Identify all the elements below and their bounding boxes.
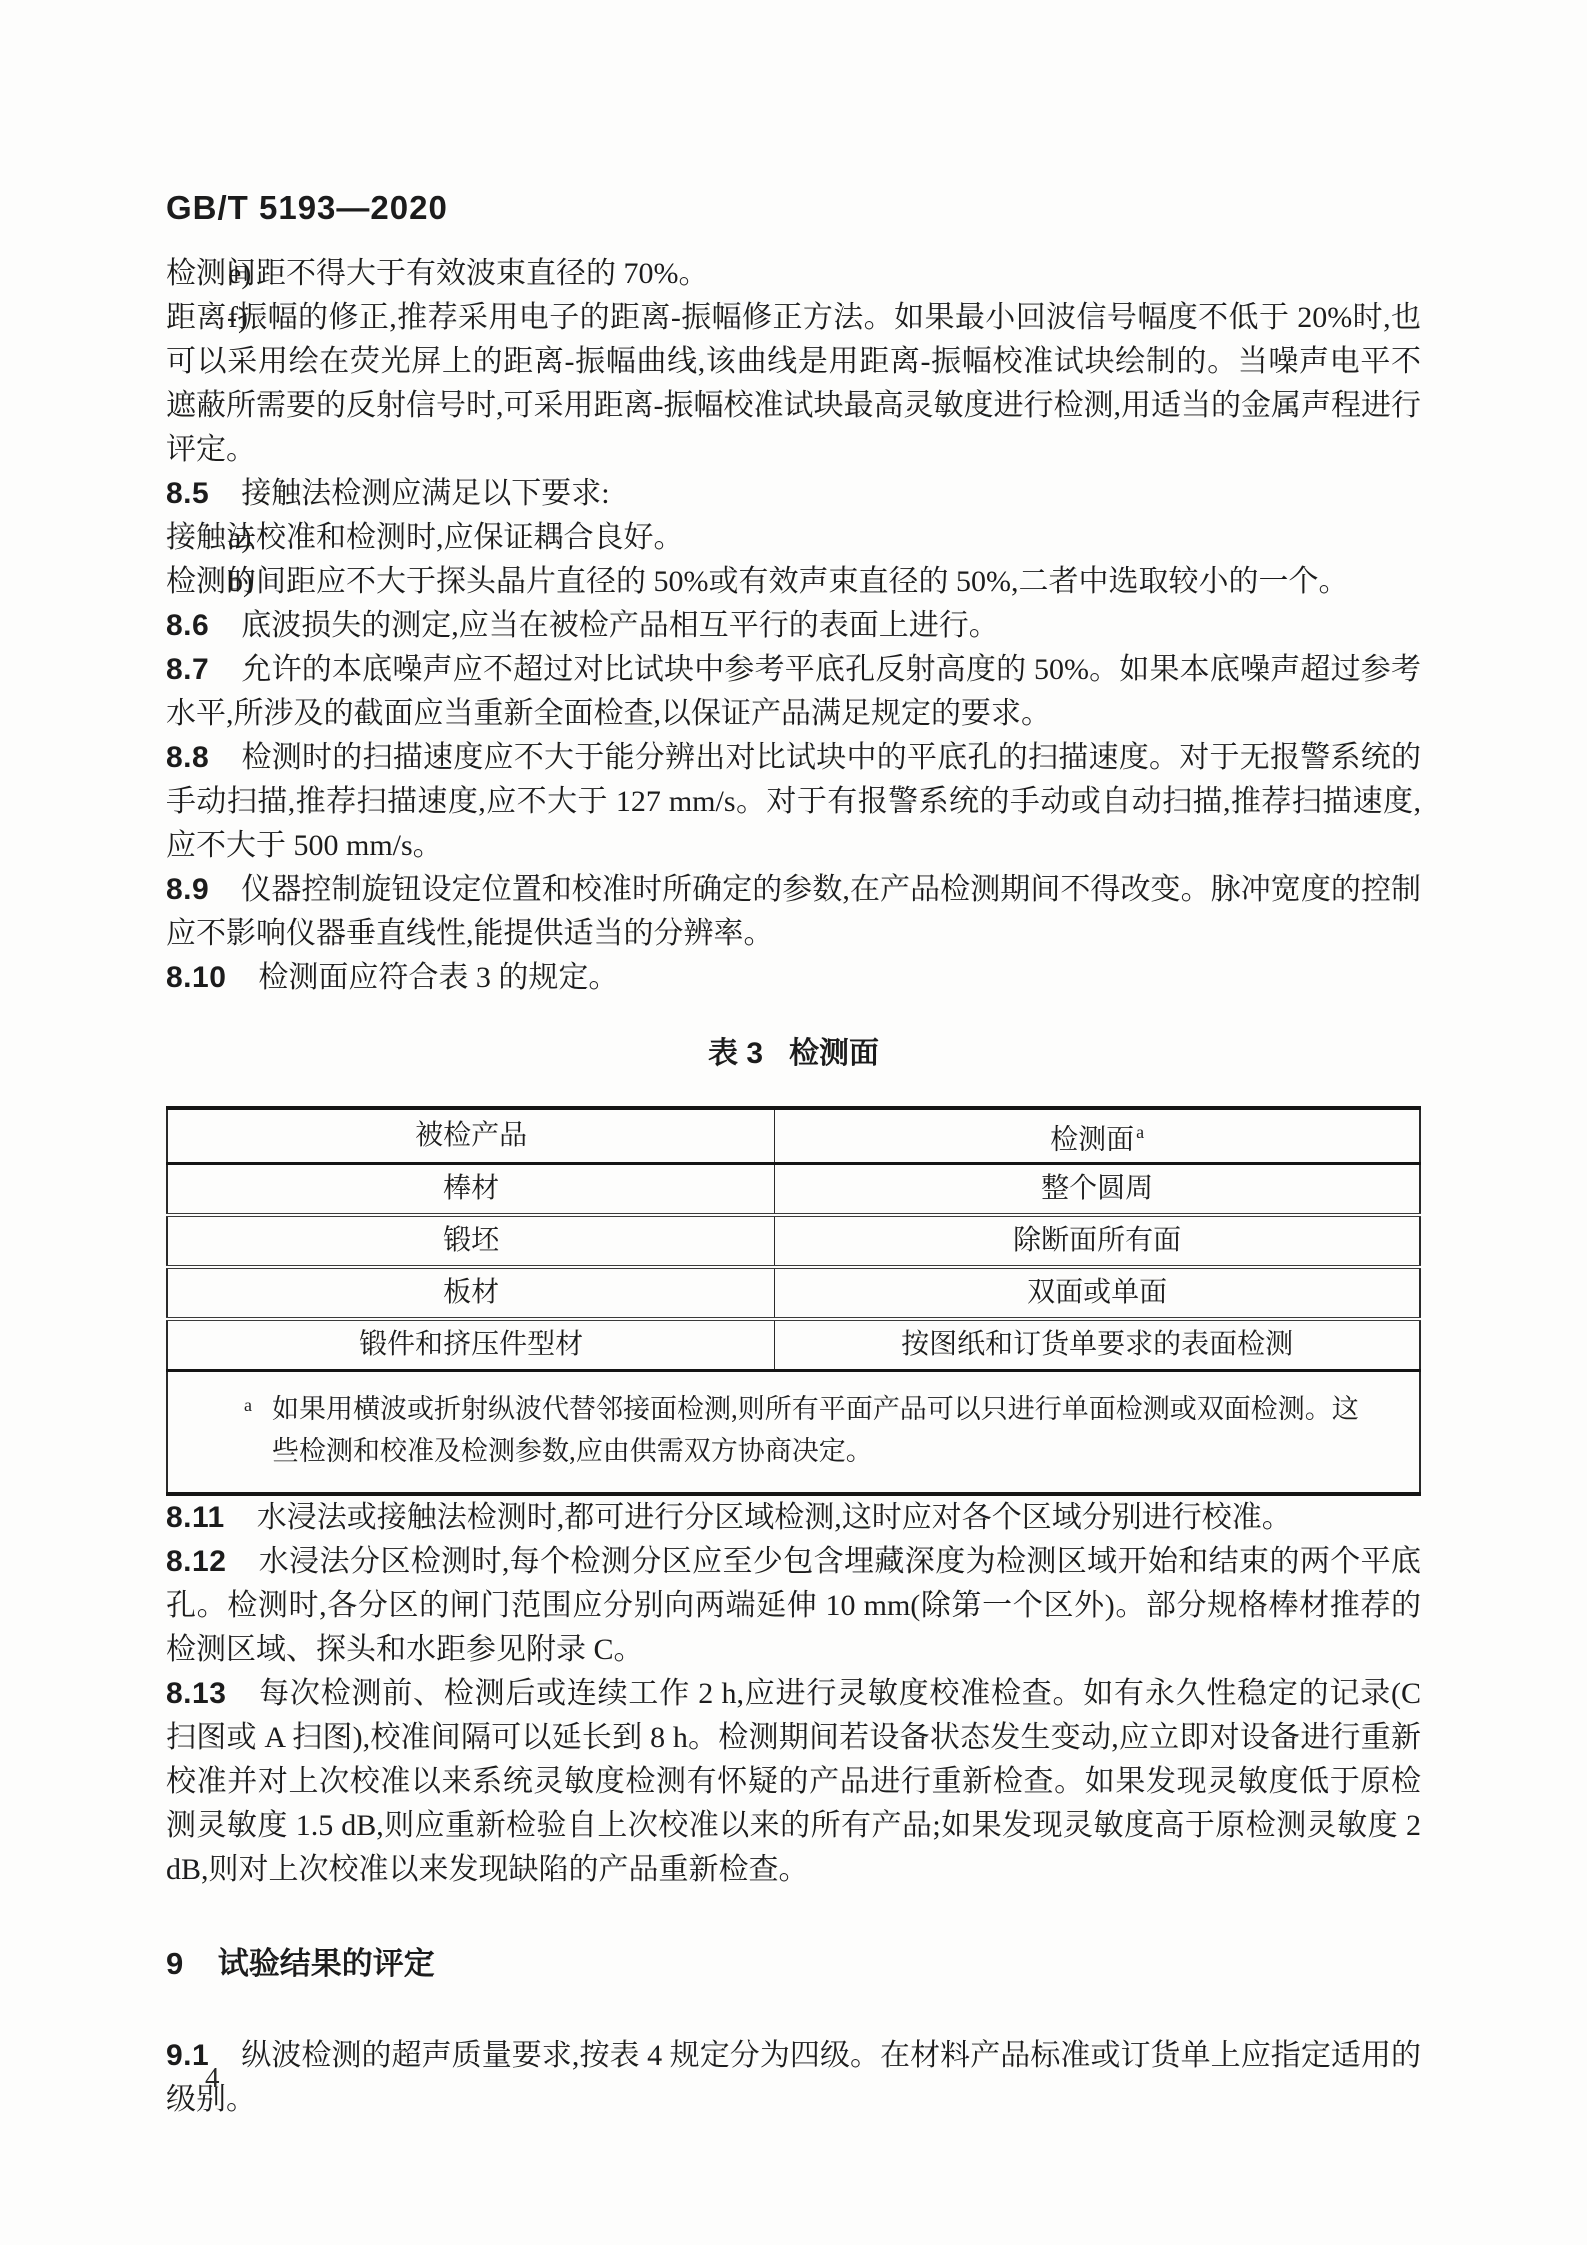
clause-8-7: 8.7允许的本底噪声应不超过对比试块中参考平底孔反射高度的 50%。如果本底噪声… [166, 648, 1421, 736]
clause-number: 8.7 [166, 653, 209, 686]
clause-text: 水浸法分区检测时,每个检测分区应至少包含埋藏深度为检测区域开始和结束的两个平底孔… [166, 1545, 1421, 1666]
section-9-heading: 9试验结果的评定 [166, 1942, 1421, 1986]
table-footnote: a如果用横波或折射纵波代替邻接面检测,则所有平面产品可以只进行单面检测或双面检测… [167, 1371, 1420, 1495]
header-footnote-ref: a [1136, 1122, 1144, 1142]
clause-number: 8.13 [166, 1677, 226, 1710]
clause-number: 9.1 [166, 2039, 209, 2072]
clause-number: 8.11 [166, 1501, 225, 1534]
cell-surface: 整个圆周 [775, 1164, 1420, 1216]
column-header-product: 被检产品 [167, 1108, 775, 1164]
clause-text: 接触法检测应满足以下要求: [241, 477, 609, 510]
clause-8-6: 8.6底波损失的测定,应当在被检产品相互平行的表面上进行。 [166, 604, 1421, 648]
clause-8-13: 8.13每次检测前、检测后或连续工作 2 h,应进行灵敏度校准检查。如有永久性稳… [166, 1672, 1421, 1892]
clause-8-9: 8.9仪器控制旋钮设定位置和校准时所确定的参数,在产品检测期间不得改变。脉冲宽度… [166, 868, 1421, 956]
clause-number: 8.8 [166, 741, 209, 774]
list-text-f: 距离-振幅的修正,推荐采用电子的距离-振幅修正方法。如果最小回波信号幅度不低于 … [166, 301, 1421, 466]
list-marker-e: e) [228, 252, 251, 296]
column-header-surface: 检测面a [775, 1108, 1420, 1164]
cell-product: 锻坯 [167, 1215, 775, 1267]
page-number: 4 [205, 2056, 220, 2100]
cell-surface: 除断面所有面 [775, 1215, 1420, 1267]
table-row: 锻坯 除断面所有面 [167, 1215, 1420, 1267]
cell-surface: 双面或单面 [775, 1267, 1420, 1319]
cell-product: 棒材 [167, 1164, 775, 1216]
footnote-text: 如果用横波或折射纵波代替邻接面检测,则所有平面产品可以只进行单面检测或双面检测。… [272, 1394, 1359, 1466]
clause-number: 8.9 [166, 873, 209, 906]
clause-8-11: 8.11水浸法或接触法检测时,都可进行分区域检测,这时应对各个区域分别进行校准。 [166, 1496, 1421, 1540]
list-marker-a: a) [228, 516, 251, 560]
clause-text: 允许的本底噪声应不超过对比试块中参考平底孔反射高度的 50%。如果本底噪声超过参… [166, 653, 1421, 730]
clause-8-12: 8.12水浸法分区检测时,每个检测分区应至少包含埋藏深度为检测区域开始和结束的两… [166, 1540, 1421, 1672]
clause-text: 仪器控制旋钮设定位置和校准时所确定的参数,在产品检测期间不得改变。脉冲宽度的控制… [166, 873, 1421, 950]
table-row: 板材 双面或单面 [167, 1267, 1420, 1319]
clause-8-10: 8.10检测面应符合表 3 的规定。 [166, 956, 1421, 1000]
clause-9-1: 9.1纵波检测的超声质量要求,按表 4 规定分为四级。在材料产品标准或订货单上应… [166, 2034, 1421, 2122]
table-3-inspection-surfaces: 被检产品 检测面a 棒材 整个圆周 锻坯 除断面所有面 板材 双面或单面 [166, 1106, 1421, 1496]
clause-text: 纵波检测的超声质量要求,按表 4 规定分为四级。在材料产品标准或订货单上应指定适… [166, 2039, 1421, 2116]
clause-text: 每次检测前、检测后或连续工作 2 h,应进行灵敏度校准检查。如有永久性稳定的记录… [166, 1677, 1421, 1886]
clause-8-5: 8.5接触法检测应满足以下要求: [166, 472, 1421, 516]
clause-number: 8.5 [166, 477, 209, 510]
list-item-b: b) 检测的间距应不大于探头晶片直径的 50%或有效声束直径的 50%,二者中选… [166, 560, 1421, 604]
section-number: 9 [166, 1946, 184, 1981]
clause-number: 8.6 [166, 609, 209, 642]
clause-number: 8.12 [166, 1545, 226, 1578]
list-marker-b: b) [228, 560, 253, 604]
footnote-marker: a [244, 1384, 252, 1426]
table-header-row: 被检产品 检测面a [167, 1108, 1420, 1164]
clause-text: 检测面应符合表 3 的规定。 [258, 961, 618, 994]
list-text-b: 检测的间距应不大于探头晶片直径的 50%或有效声束直径的 50%,二者中选取较小… [166, 565, 1348, 598]
cell-product: 锻件和挤压件型材 [167, 1319, 775, 1371]
cell-product: 板材 [167, 1267, 775, 1319]
table-row: 锻件和挤压件型材 按图纸和订货单要求的表面检测 [167, 1319, 1420, 1371]
cell-surface: 按图纸和订货单要求的表面检测 [775, 1319, 1420, 1371]
table-footnote-row: a如果用横波或折射纵波代替邻接面检测,则所有平面产品可以只进行单面检测或双面检测… [167, 1371, 1420, 1495]
clause-8-8: 8.8检测时的扫描速度应不大于能分辨出对比试块中的平底孔的扫描速度。对于无报警系… [166, 736, 1421, 868]
list-item-f: f) 距离-振幅的修正,推荐采用电子的距离-振幅修正方法。如果最小回波信号幅度不… [166, 296, 1421, 472]
table-caption-title: 检测面 [789, 1037, 879, 1070]
list-item-e: e) 检测间距不得大于有效波束直径的 70%。 [166, 252, 1421, 296]
document-body: e) 检测间距不得大于有效波束直径的 70%。 f) 距离-振幅的修正,推荐采用… [166, 252, 1421, 2122]
document-page: GB/T 5193—2020 e) 检测间距不得大于有效波束直径的 70%。 f… [0, 0, 1587, 2245]
clause-number: 8.10 [166, 961, 226, 994]
clause-text: 底波损失的测定,应当在被检产品相互平行的表面上进行。 [241, 609, 999, 642]
table-caption-label: 表 3 [708, 1037, 763, 1070]
list-item-a: a) 接触法校准和检测时,应保证耦合良好。 [166, 516, 1421, 560]
list-marker-f: f) [228, 296, 248, 340]
clause-text: 检测时的扫描速度应不大于能分辨出对比试块中的平底孔的扫描速度。对于无报警系统的手… [166, 741, 1421, 862]
standard-number-header: GB/T 5193—2020 [166, 186, 448, 230]
table-3-caption: 表 3检测面 [166, 1032, 1421, 1076]
section-title: 试验结果的评定 [218, 1946, 435, 1981]
clause-text: 水浸法或接触法检测时,都可进行分区域检测,这时应对各个区域分别进行校准。 [257, 1501, 1292, 1534]
table-row: 棒材 整个圆周 [167, 1164, 1420, 1216]
